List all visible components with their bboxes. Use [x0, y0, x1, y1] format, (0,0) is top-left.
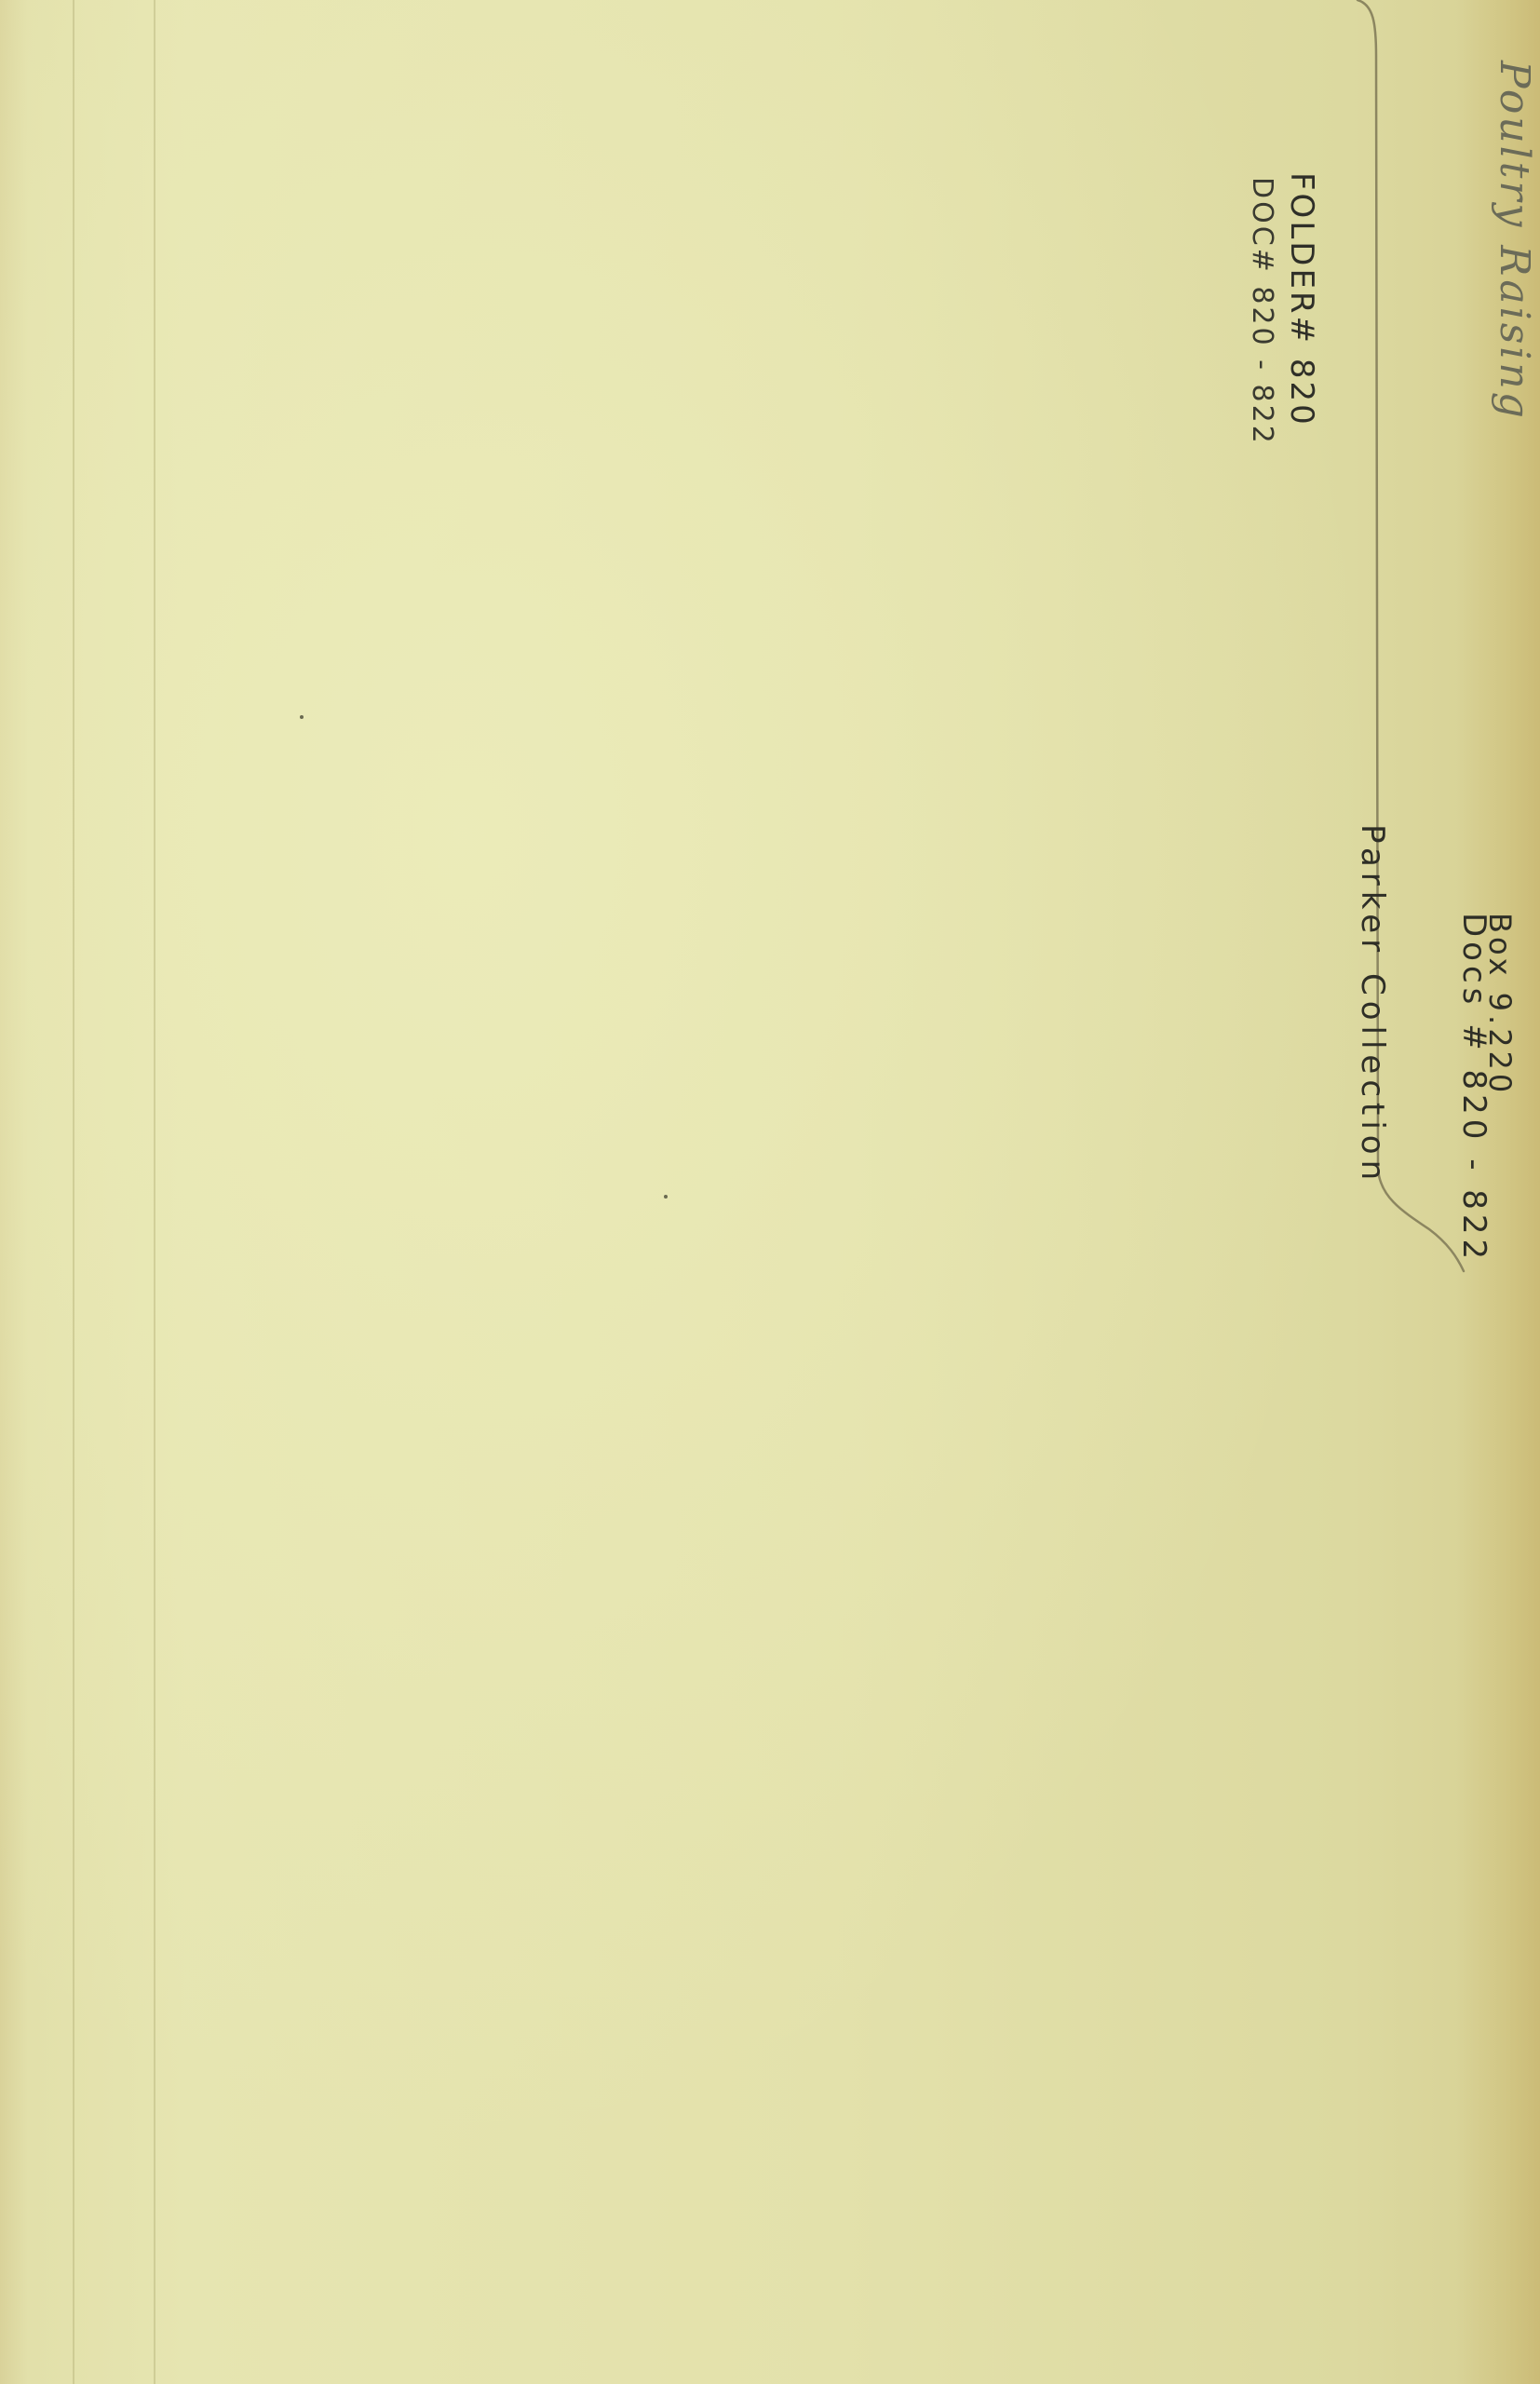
folder-number-label: FOLDER# 820 [1283, 172, 1320, 427]
paper-speck [664, 1195, 668, 1199]
document-range-pencil-label: DOC# 820 - 822 [1246, 177, 1278, 446]
folder-cover: Poultry Raising FOLDER# 820 DOC# 820 - 8… [0, 0, 1540, 2384]
collection-label: Parker Collection [1354, 824, 1391, 1185]
subject-label: Poultry Raising [1491, 61, 1538, 421]
folder-score-line [73, 0, 74, 2384]
document-range-ink-label: Docs # 820 - 822 [1455, 913, 1493, 1264]
folder-score-line [154, 0, 155, 2384]
paper-speck [300, 715, 304, 719]
